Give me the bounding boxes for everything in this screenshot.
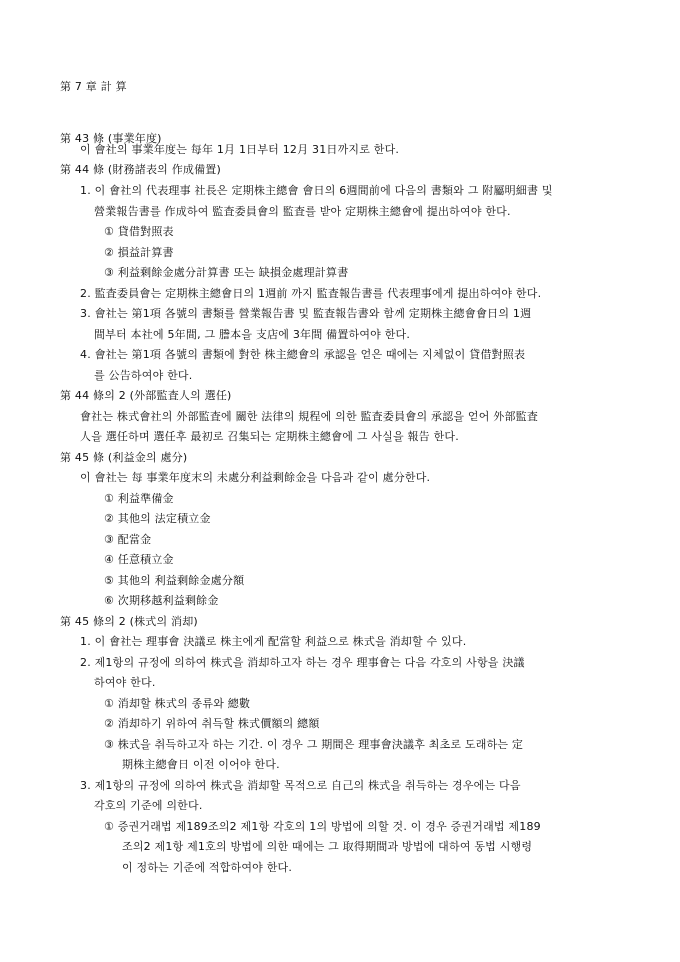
text-line: ② 消却하기 위하여 취득할 株式價額의 總額 (104, 717, 320, 731)
text-line: ⑥ 次期移越利益剩餘金 (104, 594, 219, 608)
document-page: 第 7 章 計 算第 43 條 (事業年度)이 會社의 事業年度는 每年 1月 … (0, 0, 680, 962)
text-line: 2. 監査委員會는 定期株主總會日의 1週前 까지 監査報告書를 代表理事에게 … (80, 287, 541, 301)
text-line: ① 증권거래법 제189조의2 제1항 각호의 1의 방법에 의할 것. 이 경… (104, 820, 541, 834)
text-line: 第 45 條의 2 (株式의 消却) (60, 615, 198, 629)
text-line: 2. 제1항의 규정에 의하여 株式을 消却하고자 하는 경우 理事會는 다음 … (80, 656, 525, 670)
text-line: ① 貸借對照表 (104, 225, 174, 239)
text-line: 第 45 條 (利益金의 處分) (60, 451, 187, 465)
text-line: ③ 利益剩餘金處分計算書 또는 缺損金處理計算書 (104, 266, 348, 280)
text-line: ③ 配當金 (104, 533, 151, 547)
text-line: 3. 會社는 第1項 各號의 書類를 營業報告書 및 監査報告書와 함께 定期株… (80, 307, 531, 321)
text-line: ④ 任意積立金 (104, 553, 174, 567)
text-line: 會社는 株式會社의 外部監査에 關한 法律의 規程에 의한 監査委員會의 承認을… (80, 410, 538, 424)
text-line: 營業報告書를 作成하여 監査委員會의 監査를 받아 定期株主總會에 提出하여야 … (94, 205, 511, 219)
text-line: 間부터 本社에 5年間, 그 謄本을 支店에 3年間 備置하여야 한다. (94, 328, 410, 342)
text-line: 第 7 章 計 算 (60, 80, 127, 94)
text-line: 이 會社의 事業年度는 每年 1月 1日부터 12月 31日까지로 한다. (80, 143, 399, 157)
text-line: 를 公告하여야 한다. (94, 369, 192, 383)
text-line: ① 利益準備金 (104, 492, 174, 506)
text-line: ② 其他의 法定積立金 (104, 512, 211, 526)
text-line: 期株主總會日 이전 이어야 한다. (122, 758, 280, 772)
text-line: 1. 이 會社는 理事會 決議로 株主에게 配當할 利益으로 株式을 消却할 수… (80, 635, 466, 649)
text-line: 人을 選任하며 選任후 最初로 召集되는 定期株主總會에 그 사실을 報告 한다… (80, 430, 459, 444)
text-line: 조의2 제1항 제1호의 방법에 의한 때에는 그 取得期間과 방법에 대하여 … (122, 840, 532, 854)
text-line: 第 44 條의 2 (外部監査人의 選任) (60, 389, 232, 403)
text-line: 이 會社는 每 事業年度末의 未處分利益剩餘金을 다음과 같이 處分한다. (80, 471, 430, 485)
text-line: 4. 會社는 第1項 各號의 書類에 對한 株主總會의 承認을 얻은 때에는 지… (80, 348, 525, 362)
text-line: ③ 株式을 취득하고자 하는 기간. 이 경우 그 期間은 理事會決議후 최초로… (104, 738, 523, 752)
text-line: 第 44 條 (財務諸表의 作成備置) (60, 163, 221, 177)
text-line: 3. 제1항의 규정에 의하여 株式을 消却할 목적으로 自己의 株式을 취득하… (80, 779, 521, 793)
text-line: 이 정하는 기준에 적합하여야 한다. (122, 861, 292, 875)
text-line: ② 損益計算書 (104, 246, 174, 260)
text-line: ⑤ 其他의 利益剩餘金處分額 (104, 574, 244, 588)
text-line: ① 消却할 株式의 종류와 總數 (104, 697, 250, 711)
text-line: 하여야 한다. (94, 676, 156, 690)
text-line: 1. 이 會社의 代表理事 社長은 定期株主總會 會日의 6週間前에 다음의 書… (80, 184, 553, 198)
text-line: 각호의 기준에 의한다. (94, 799, 203, 813)
